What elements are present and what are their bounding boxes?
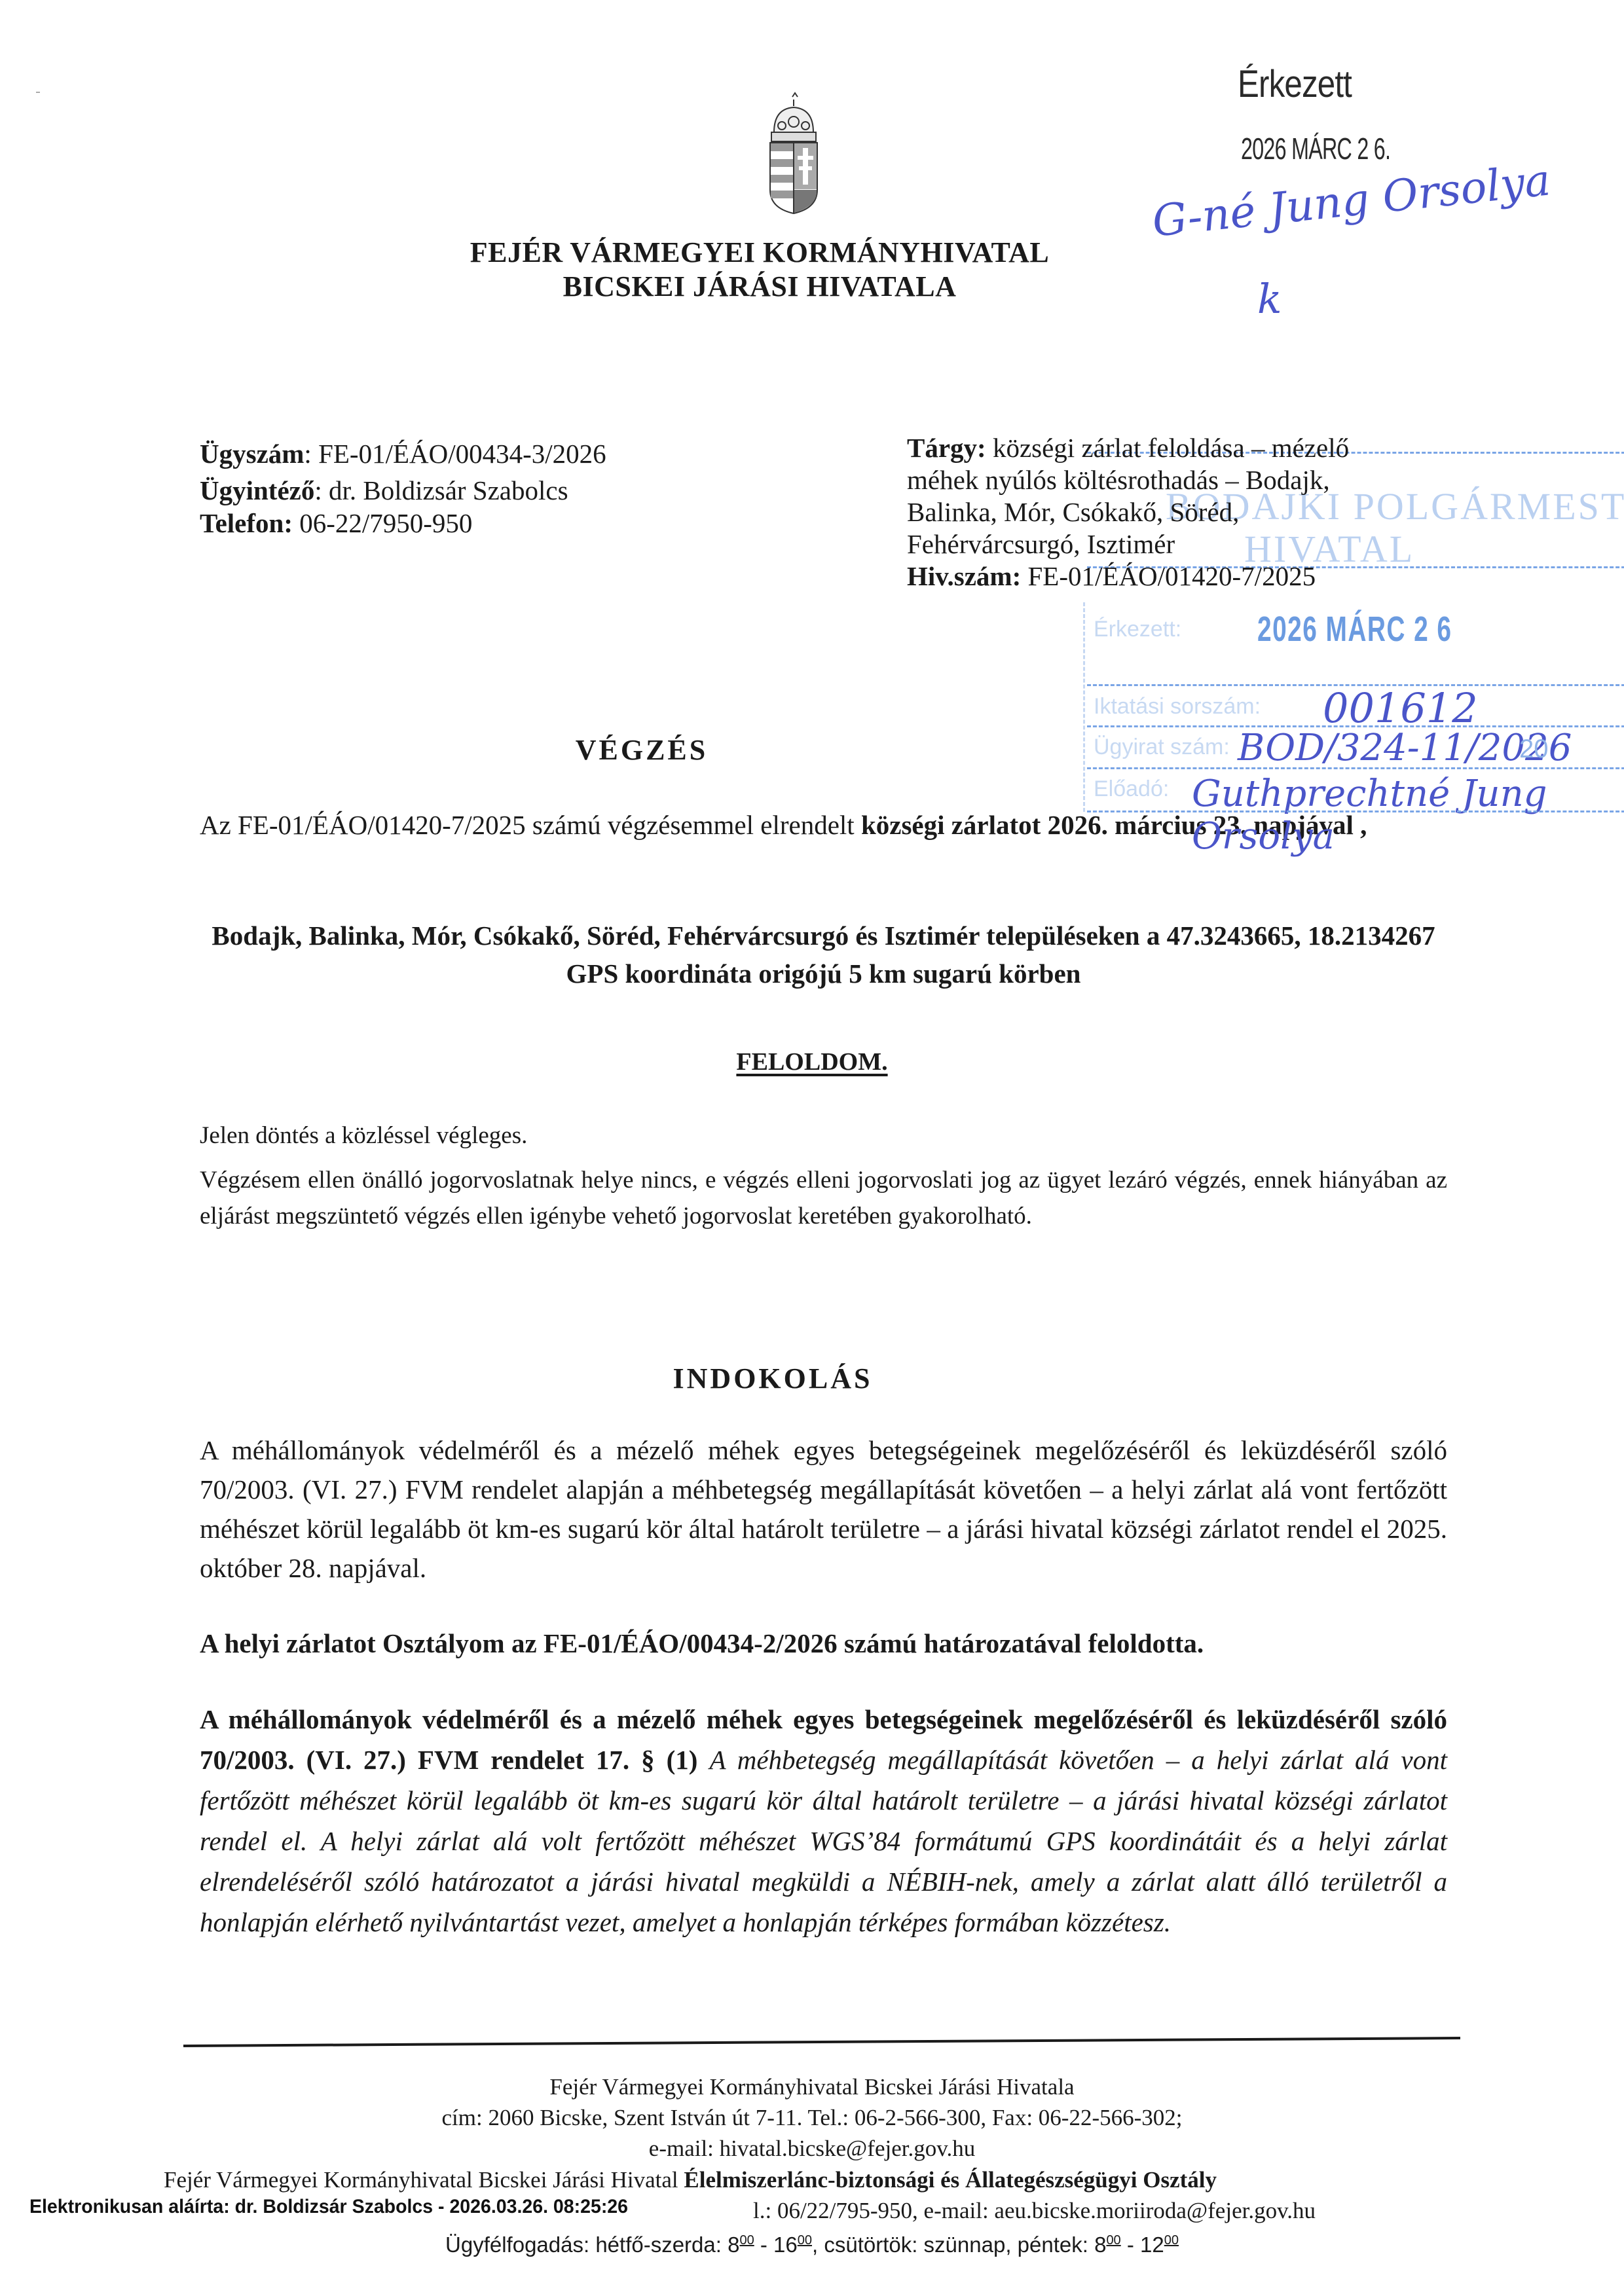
stamp-handler-value: Guthprechtné Jung Orsolya — [1192, 773, 1624, 858]
phone-row: Telefon: 06-22/7950-950 — [200, 505, 606, 541]
officer-name: dr. Boldizsár Szabolcs — [329, 475, 568, 505]
subject-line: Balinka, Mór, Csókakő, Söréd, — [907, 496, 1444, 528]
reasoning-paragraph-2: A helyi zárlatot Osztályom az FE-01/ÉÁO/… — [200, 1624, 1447, 1663]
footer-department-contact: l.: 06/22/795-950, e-mail: aeu.bicske.mo… — [753, 2198, 1473, 2224]
decision-operative: FELOLDOM. — [0, 1048, 1624, 1076]
stamp-received-date: 2026 MÁRC 2 6 — [1257, 609, 1452, 649]
footer-org: Fejér Vármegyei Kormányhivatal Bicskei J… — [0, 2074, 1624, 2100]
hungarian-coat-of-arms-icon — [760, 92, 828, 216]
officer-row: Ügyintéző: dr. Boldizsár Szabolcs — [200, 472, 606, 509]
arrival-stamp-date: 2026 MÁRC 2 6. — [1241, 131, 1390, 166]
stamp-received-label: Érkezett: — [1094, 617, 1181, 642]
footer-address: cím: 2060 Bicske, Szent István út 7-11. … — [0, 2105, 1624, 2131]
stamp-rule — [1087, 767, 1624, 769]
decision-area: Bodajk, Balinka, Mór, Csókakő, Söréd, Fe… — [200, 917, 1447, 993]
case-number-row: Ügyszám: FE-01/ÉÁO/00434-3/2026 — [200, 435, 606, 472]
subject-line: Fehérvárcsurgó, Isztimér — [907, 528, 1444, 560]
subject-line: Tárgy: községi zárlat feloldása – mézelő — [907, 432, 1444, 464]
arrival-stamp-label: Érkezett — [1238, 62, 1352, 106]
decision-remedy: Végzésem ellen önálló jogorvoslatnak hel… — [200, 1162, 1447, 1234]
scan-mark — [36, 92, 40, 93]
phone-number: 06-22/7950-950 — [299, 508, 472, 538]
stamp-handler-label: Előadó: — [1094, 776, 1169, 802]
stamp-rule — [1087, 811, 1624, 812]
footer-department: Fejér Vármegyei Kormányhivatal Bicskei J… — [164, 2167, 1473, 2193]
electronic-signature: Elektronikusan aláírta: dr. Boldizsár Sz… — [29, 2196, 631, 2218]
handwritten-note: G-né Jung Orsolya — [1150, 155, 1553, 246]
footer-office-hours: Ügyfélfogadás: hétfő-szerda: 800 - 1600,… — [0, 2232, 1624, 2257]
subject-block: Tárgy: községi zárlat feloldása – mézelő… — [907, 432, 1444, 592]
reference-number: FE-01/ÉÁO/01420-7/2025 — [1027, 561, 1316, 591]
decision-finality: Jelen döntés a közléssel végleges. — [200, 1116, 1447, 1156]
footer-divider — [183, 2037, 1460, 2047]
stamp-file-label: Ügyirat szám: — [1094, 735, 1230, 760]
stamp-file-suffix: 20 — [1519, 735, 1549, 764]
reasoning-paragraph-3: A méhállományok védelméről és a mézelő m… — [200, 1699, 1447, 1942]
org-name-line2: BICSKEI JÁRÁSI HIVATALA — [0, 270, 1572, 304]
reasoning-paragraph-1: A méhállományok védelméről és a mézelő m… — [200, 1430, 1447, 1588]
org-name-line1: FEJÉR VÁRMEGYEI KORMÁNYHIVATAL — [0, 236, 1572, 270]
stamp-border — [1083, 602, 1085, 812]
stamp-registry-label: Iktatási sorszám: — [1094, 694, 1261, 720]
footer-email: e-mail: hivatal.bicske@fejer.gov.hu — [0, 2136, 1624, 2162]
organization-header: FEJÉR VÁRMEGYEI KORMÁNYHIVATAL BICSKEI J… — [0, 236, 1624, 304]
subject-line: méhek nyúlós költésrothadás – Bodajk, — [907, 464, 1444, 496]
case-metadata: Ügyszám: FE-01/ÉÁO/00434-3/2026 Ügyintéz… — [200, 435, 606, 541]
case-number: FE-01/ÉÁO/00434-3/2026 — [318, 439, 606, 469]
reference-number-row: Hiv.szám: FE-01/ÉÁO/01420-7/2025 — [907, 560, 1444, 592]
reasoning-title: INDOKOLÁS — [0, 1362, 1585, 1395]
